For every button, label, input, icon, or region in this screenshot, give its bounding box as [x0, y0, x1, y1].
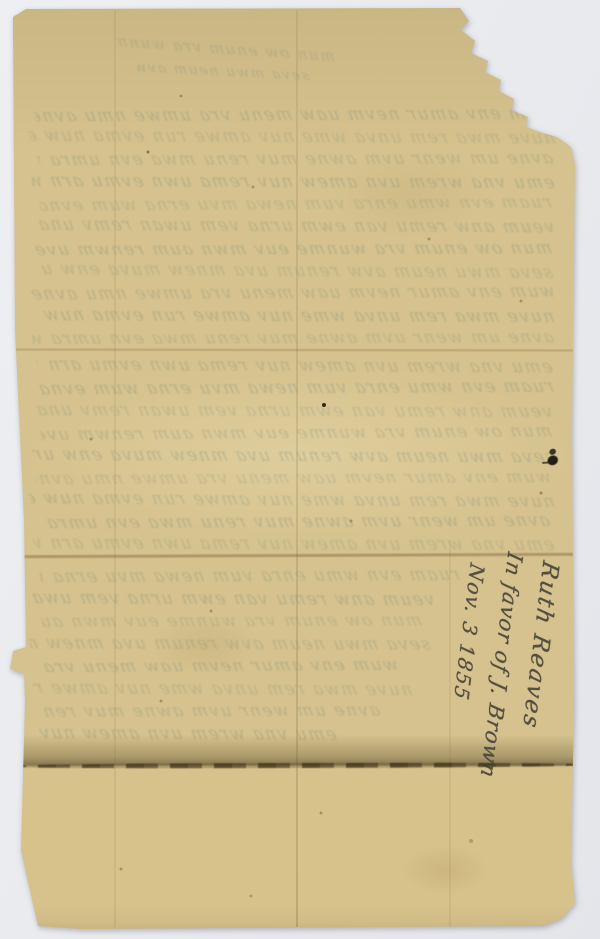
scan-stage: mun ow enum vra wunme euv mwn aum renwm … [0, 0, 600, 939]
paper-shadow-wrap: mun ow enum vra wunme euv mwn aum renwm … [0, 0, 600, 939]
paper-sheet: mun ow enum vra wunme euv mwn aum renwm … [0, 0, 600, 939]
foxing-specks [0, 0, 2, 2]
paper-edge-vignette [0, 0, 600, 939]
